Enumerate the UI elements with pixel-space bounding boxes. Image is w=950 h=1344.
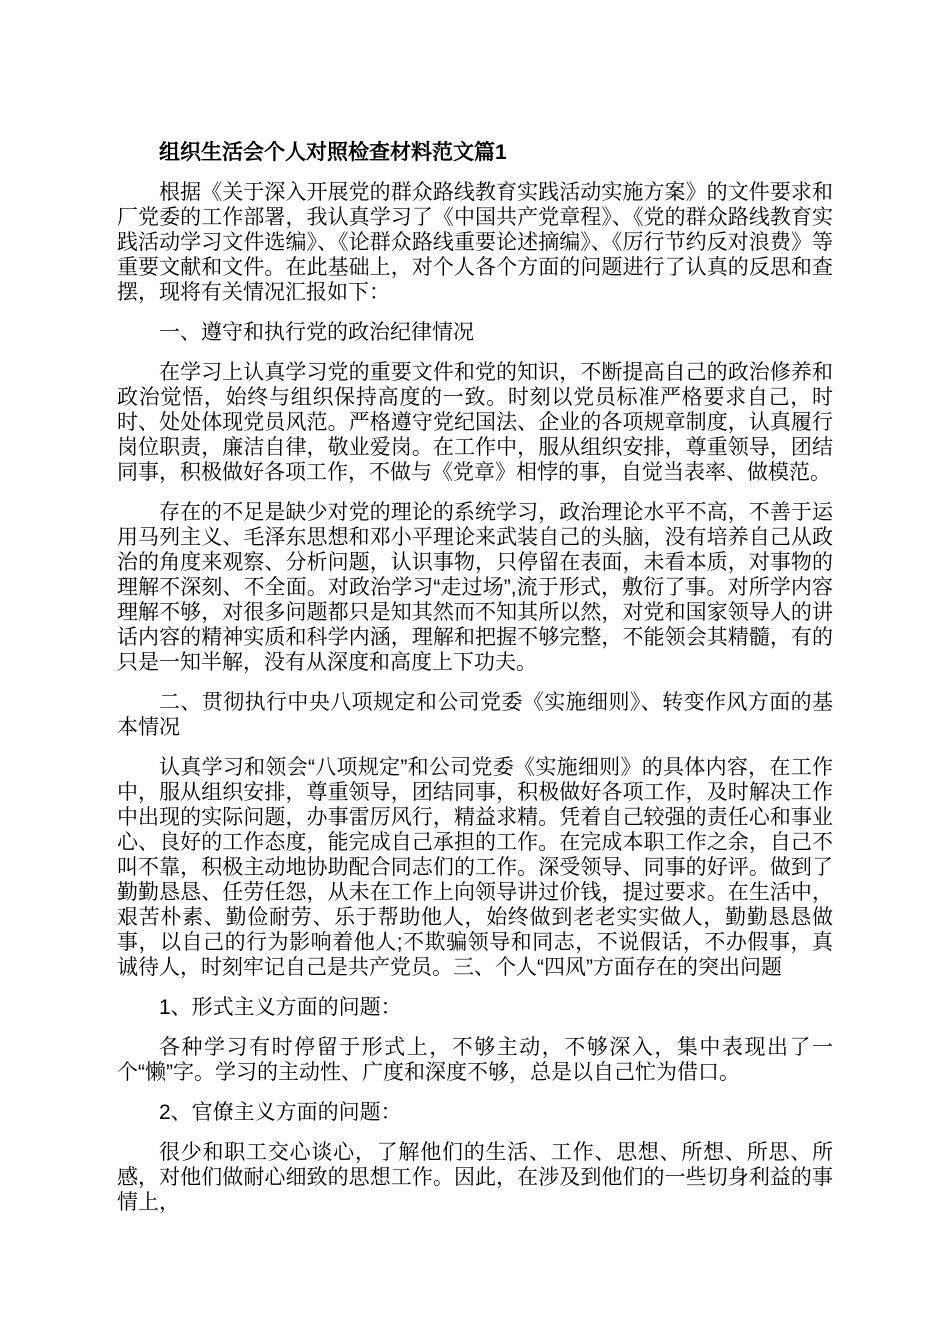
paragraph-section2-body: 认真学习和领会“八项规定”和公司党委《实施细则》的具体内容，在工作中，服从组织安…: [117, 755, 833, 980]
numbered-heading-1: 1、形式主义方面的问题：: [117, 995, 833, 1020]
paragraph-intro: 根据《关于深入开展党的群众路线教育实践活动实施方案》的文件要求和厂党委的工作部署…: [117, 180, 833, 305]
numbered-heading-2: 2、官僚主义方面的问题：: [117, 1100, 833, 1125]
paragraph-formalism: 各种学习有时停留于形式上，不够主动，不够深入，集中表现出了一个“懒”字。学习的主…: [117, 1035, 833, 1085]
paragraph-bureaucracy: 很少和职工交心谈心，了解他们的生活、工作、思想、所想、所思、所感，对他们做耐心细…: [117, 1140, 833, 1215]
section-heading-2: 二、贯彻执行中央八项规定和公司党委《实施细则》、转变作风方面的基本情况: [117, 690, 833, 740]
section-heading-1: 一、遵守和执行党的政治纪律情况: [117, 320, 833, 345]
document-title: 组织生活会个人对照检查材料范文篇1: [117, 140, 833, 165]
paragraph-section1-shortcomings: 存在的不足是缺少对党的理论的系统学习，政治理论水平不高，不善于运用马列主义、毛泽…: [117, 500, 833, 675]
paragraph-section1-strengths: 在学习上认真学习党的重要文件和党的知识，不断提高自己的政治修养和政治觉悟，始终与…: [117, 360, 833, 485]
document-page: 组织生活会个人对照检查材料范文篇1 根据《关于深入开展党的群众路线教育实践活动实…: [0, 0, 950, 1344]
